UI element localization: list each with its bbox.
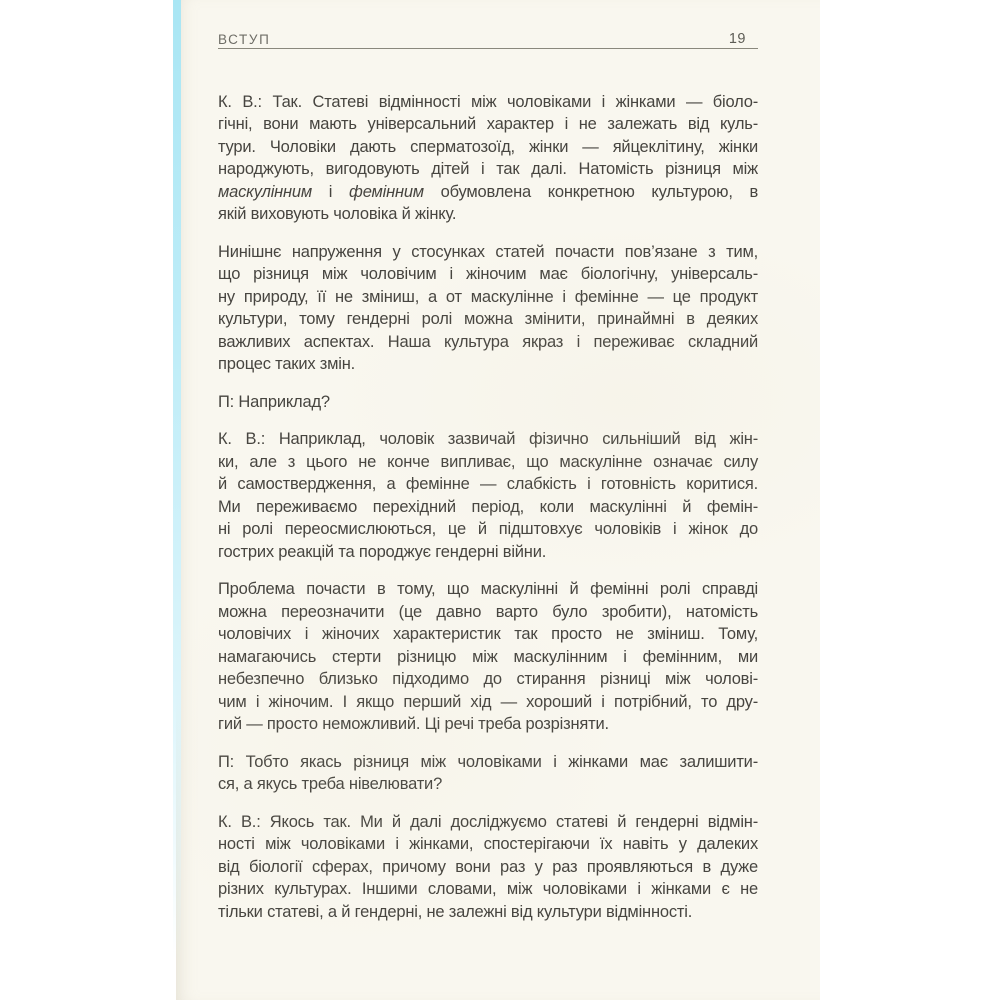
running-title: ВСТУП	[218, 32, 270, 47]
text-line: Нинішнє напруження у стосунках статей по…	[218, 241, 758, 264]
dialogue-paragraph: Нинішнє напруження у стосунках статей по…	[218, 241, 758, 376]
text-line: важливих аспектах. Наша культура якраз і…	[218, 331, 758, 354]
dialogue-paragraph: К. В.: Так. Статеві відмінності між чоло…	[218, 91, 758, 226]
text-line: різних культурах. Іншими словами, між чо…	[218, 878, 758, 901]
text-line: народжують, вигодовують дітей і так далі…	[218, 158, 758, 181]
text-line: ся, а якусь треба нівелювати?	[218, 773, 758, 796]
text-line: гий — просто неможливий. Ці речі треба р…	[218, 713, 758, 736]
page-text: К. В.: Так. Статеві відмінності між чоло…	[218, 91, 758, 924]
text-line: що різниця між чоловічим і жіночим має б…	[218, 263, 758, 286]
page-number: 19	[729, 31, 746, 47]
dialogue-paragraph: К. В.: Наприклад, чоловік зазвичай фізич…	[218, 428, 758, 563]
dialogue-paragraph: Проблема почасти в тому, що маскулінні й…	[218, 578, 758, 736]
text-line: тільки статеві, а й гендерні, не залежні…	[218, 901, 758, 924]
text-line: П: Наприклад?	[218, 391, 758, 414]
text-line: тури. Чоловіки дають сперматозоїд, жінки…	[218, 136, 758, 159]
dialogue-paragraph: П: Тобто якась різниця між чоловіками і …	[218, 751, 758, 796]
text-line: ності між чоловіками і жінками, спостері…	[218, 833, 758, 856]
text-line: маскулінним і фемінним обумовлена конкре…	[218, 181, 758, 204]
text-line: й самоствердження, а фемінне — слабкість…	[218, 473, 758, 496]
page-content: ВСТУП 19 К. В.: Так. Статеві відмінності…	[176, 0, 820, 923]
text-line: намагаючись стерти різницю між маскулінн…	[218, 646, 758, 669]
text-line: Ми переживаємо перехідний період, коли м…	[218, 496, 758, 519]
text-line: К. В.: Якось так. Ми й далі досліджуємо …	[218, 811, 758, 834]
text-line: гострих реакцій та породжує гендерні вій…	[218, 541, 758, 564]
text-line: культури, тому гендерні ролі можна зміни…	[218, 308, 758, 331]
dialogue-paragraph: К. В.: Якось так. Ми й далі досліджуємо …	[218, 811, 758, 924]
text-line: ну природу, її не зміниш, а от маскулінн…	[218, 286, 758, 309]
text-line: чоловічих і жіночих характеристик так пр…	[218, 623, 758, 646]
book-page: ВСТУП 19 К. В.: Так. Статеві відмінності…	[176, 0, 820, 1000]
text-line: К. В.: Наприклад, чоловік зазвичай фізич…	[218, 428, 758, 451]
text-line: від біології сферах, причому вони раз у …	[218, 856, 758, 879]
text-line: К. В.: Так. Статеві відмінності між чоло…	[218, 91, 758, 114]
dialogue-paragraph: П: Наприклад?	[218, 391, 758, 414]
text-line: можна переозначити (це давно варто було …	[218, 601, 758, 624]
text-line: якій виховують чоловіка й жінку.	[218, 203, 758, 226]
text-line: П: Тобто якась різниця між чоловіками і …	[218, 751, 758, 774]
text-line: Проблема почасти в тому, що маскулінні й…	[218, 578, 758, 601]
text-line: небезпечно близько підходимо до стирання…	[218, 668, 758, 691]
text-line: ні ролі переосмислюються, це й підштовху…	[218, 518, 758, 541]
text-line: чим і жіночим. І якщо перший хід — хорош…	[218, 691, 758, 714]
text-line: ки, але з цього не конче випливає, що ма…	[218, 451, 758, 474]
text-line: процес таких змін.	[218, 353, 758, 376]
page-header: ВСТУП 19	[218, 28, 758, 49]
text-line: гічні, вони мають універсальний характер…	[218, 113, 758, 136]
